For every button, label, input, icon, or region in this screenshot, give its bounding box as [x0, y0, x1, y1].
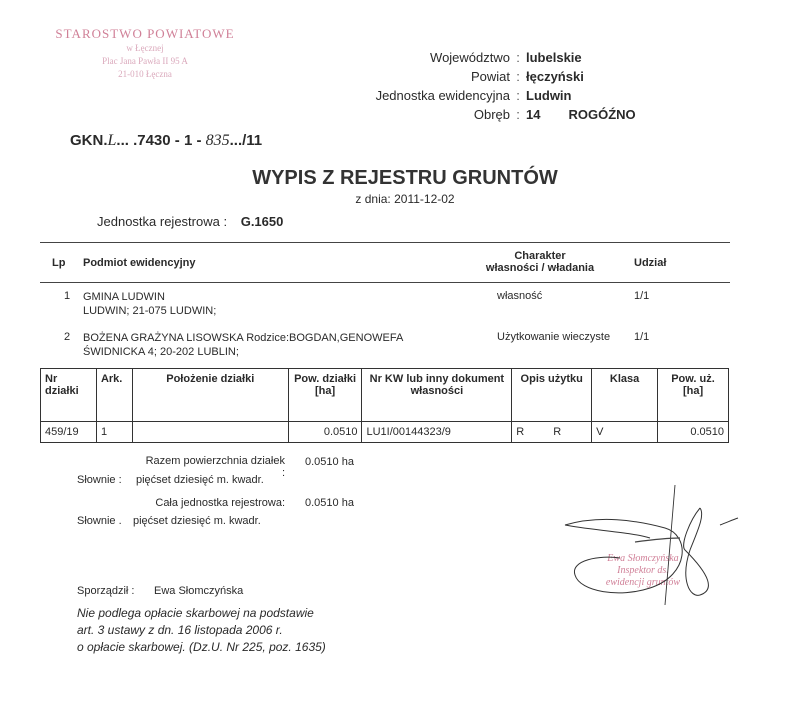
prepared-by-name: Ewa Słomczyńska	[154, 585, 243, 597]
office-stamp: STAROSTWO POWIATOWE w Łęcznej Plac Jana …	[40, 26, 250, 81]
parcel-sheet: 1	[96, 422, 132, 443]
unit-area-value: 0.0510 ha	[305, 497, 354, 509]
reference-middle: ... .7430 - 1 -	[116, 132, 205, 149]
owner-2-lp: 2	[64, 331, 70, 343]
stamp-line-1: STAROSTWO POWIATOWE	[40, 26, 250, 42]
stamp-line-3: Plac Jana Pawła II 95 A	[40, 55, 250, 68]
registry-unit-value: G.1650	[241, 214, 284, 229]
prepared-by-label: Sporządził :	[77, 585, 134, 597]
owner-2-share: 1/1	[634, 331, 649, 343]
separator: :	[510, 69, 526, 84]
precinct-label: Obręb	[340, 107, 510, 122]
document-date: z dnia: 2011-12-02	[0, 192, 800, 206]
parcel-location	[132, 422, 288, 443]
note-line-3: o opłacie skarbowej. (Dz.U. Nr 225, poz.…	[77, 639, 326, 656]
handwritten-number: 835	[206, 132, 230, 149]
header-parcel-area: Pow. działki [ha]	[288, 369, 362, 422]
row-county: Powiat : łęczyński	[340, 67, 636, 86]
owner-1-share: 1/1	[634, 290, 649, 302]
unit-area-label: Cała jednostka rejestrowa:	[140, 497, 285, 509]
owner-2-name: BOŻENA GRAŻYNA LISOWSKA Rodzice:BOGDAN,G…	[83, 331, 403, 345]
words-value-2: pięćset dziesięć m. kwadr.	[133, 515, 261, 527]
owner-1-lp: 1	[64, 290, 70, 302]
owners-header-share: Udział	[634, 257, 666, 269]
land-use-code-1: R	[516, 426, 524, 438]
location-header: Województwo : lubelskie Powiat : łęczyńs…	[340, 48, 636, 124]
header-sheet: Ark.	[96, 369, 132, 422]
voivodeship-value: lubelskie	[526, 50, 582, 65]
document-title: WYPIS Z REJESTRU GRUNTÓW	[0, 167, 800, 190]
parcel-class: V	[592, 422, 658, 443]
registry-unit-label: Jednostka ewidencyjna	[340, 88, 510, 103]
row-precinct: Obręb : 14 ROGÓŹNO	[340, 105, 636, 124]
parcel-use-area: 0.0510	[658, 422, 729, 443]
owners-header-lp: Lp	[52, 257, 65, 269]
parcel-area: 0.0510	[288, 422, 362, 443]
parcel-land-use: R R	[512, 422, 592, 443]
owner-2: BOŻENA GRAŻYNA LISOWSKA Rodzice:BOGDAN,G…	[83, 331, 403, 359]
owners-header-character: Charakter własności / władania	[480, 250, 600, 274]
character-header-line-2: własności / władania	[480, 262, 600, 274]
header-use-area: Pow. uż. [ha]	[658, 369, 729, 422]
handwritten-signature	[540, 480, 770, 610]
separator: :	[510, 88, 526, 103]
precinct-number: 14	[526, 107, 540, 122]
header-parcel-number: Nr działki	[41, 369, 97, 422]
character-header-line-1: Charakter	[480, 250, 600, 262]
parcel-land-register: LU1I/00144323/9	[362, 422, 512, 443]
parcels-table: Nr działki Ark. Położenie działki Pow. d…	[40, 368, 729, 443]
owner-2-address: ŚWIDNICKA 4; 20-202 LUBLIN;	[83, 345, 403, 359]
table-row: 459/19 1 0.0510 LU1I/00144323/9 R R V 0.…	[41, 422, 729, 443]
divider	[40, 242, 730, 243]
stamp-line-4: 21-010 Łęczna	[40, 68, 250, 81]
divider	[40, 282, 730, 283]
owners-header-subject: Podmiot ewidencyjny	[83, 257, 195, 269]
county-label: Powiat	[340, 69, 510, 84]
fee-exemption-note: Nie podlega opłacie skarbowej na podstaw…	[77, 605, 326, 656]
precinct-name: ROGÓŹNO	[568, 107, 635, 122]
total-area-value: 0.0510 ha	[305, 456, 354, 468]
note-line-1: Nie podlega opłacie skarbowej na podstaw…	[77, 605, 326, 622]
registry-unit-label: Jednostka rejestrowa :	[97, 214, 227, 229]
owner-1-address: LUDWIN; 21-075 LUDWIN;	[83, 304, 216, 318]
county-value: łęczyński	[526, 69, 584, 84]
owner-1-name: GMINA LUDWIN	[83, 290, 216, 304]
owner-1-character: własność	[497, 290, 542, 302]
parcel-number: 459/19	[41, 422, 97, 443]
reference-suffix: .../11	[230, 132, 263, 149]
registry-unit: Jednostka rejestrowa : G.1650	[97, 214, 283, 229]
words-label-1: Słownie :	[77, 474, 122, 486]
voivodeship-label: Województwo	[340, 50, 510, 65]
note-line-2: art. 3 ustawy z dn. 16 listopada 2006 r.	[77, 622, 326, 639]
separator: :	[510, 107, 526, 122]
header-location: Położenie działki	[132, 369, 288, 422]
reference-prefix: GKN.	[70, 132, 108, 149]
case-reference: GKN.L... .7430 - 1 - 835.../11	[70, 132, 262, 150]
owner-1: GMINA LUDWIN LUDWIN; 21-075 LUDWIN;	[83, 290, 216, 318]
words-value-1: pięćset dziesięć m. kwadr.	[136, 474, 264, 486]
words-label-2: Słownie .	[77, 515, 122, 527]
land-use-code-2: R	[553, 426, 561, 438]
row-registry-unit: Jednostka ewidencyjna : Ludwin	[340, 86, 636, 105]
parcels-header-row: Nr działki Ark. Położenie działki Pow. d…	[41, 369, 729, 422]
registry-unit-value: Ludwin	[526, 88, 572, 103]
owner-2-character: Użytkowanie wieczyste	[497, 331, 610, 343]
header-class: Klasa	[592, 369, 658, 422]
separator: :	[510, 50, 526, 65]
row-voivodeship: Województwo : lubelskie	[340, 48, 636, 67]
header-land-register: Nr KW lub inny dokument własności	[362, 369, 512, 422]
stamp-line-2: w Łęcznej	[40, 42, 250, 55]
header-land-use: Opis użytku	[512, 369, 592, 422]
